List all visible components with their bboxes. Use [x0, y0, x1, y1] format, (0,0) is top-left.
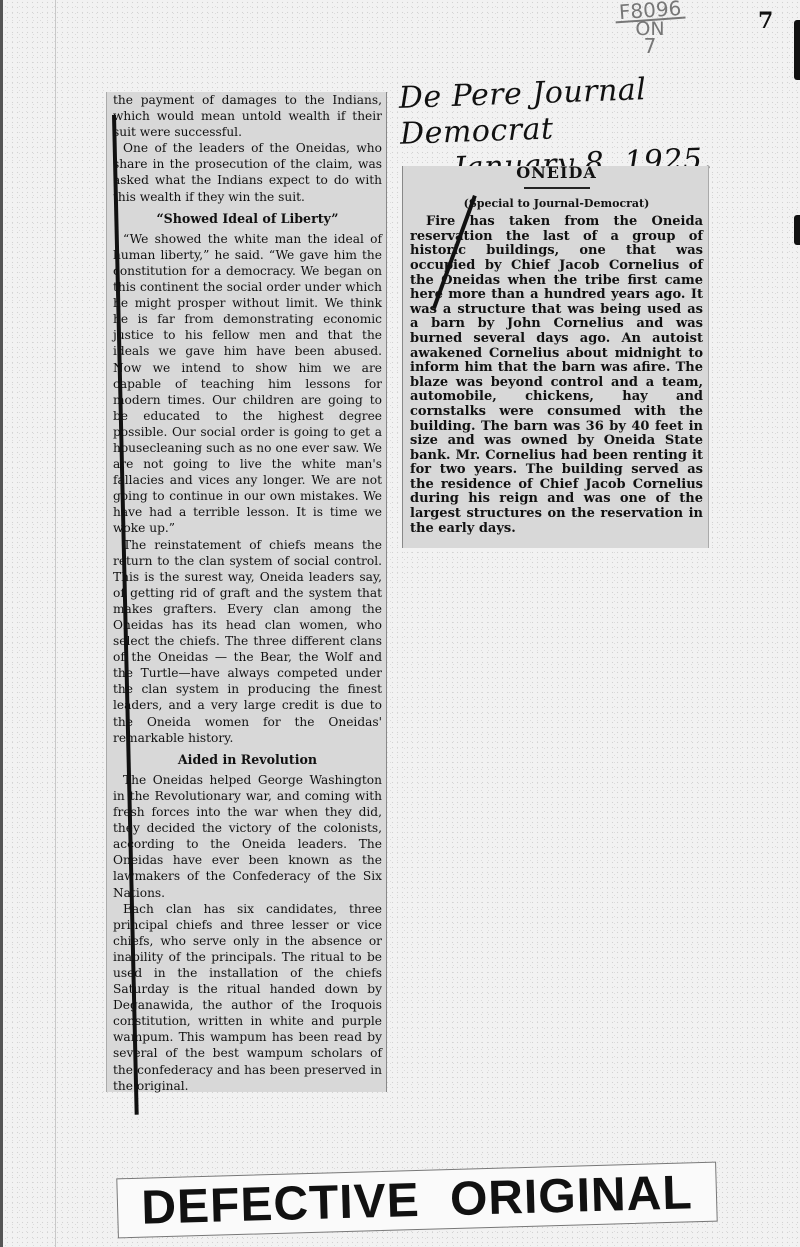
archive-mark-line3: 7	[595, 38, 705, 55]
page-number: 7	[758, 8, 773, 34]
article-paragraph: The reinstatement of chiefs means the re…	[113, 537, 382, 746]
article-paragraph: “We showed the white man the ideal of hu…	[113, 231, 382, 537]
article-headline: ONEIDA	[410, 166, 703, 181]
article-paragraph: the payment of damages to the Indians, w…	[113, 92, 382, 140]
scan-edge-mark	[794, 215, 800, 245]
page-fold-line	[55, 0, 56, 1247]
archive-call-number: F8096 ON 7	[595, 2, 705, 55]
clipping-right-column: ONEIDA (Special to Journal-Democrat) Fir…	[402, 166, 709, 548]
article-subheading: Aided in Revolution	[113, 752, 382, 768]
article-paragraph: The Oneidas helped George Washington in …	[113, 772, 382, 901]
article-body: Fire has taken from the Oneida reservati…	[410, 215, 703, 536]
article-paragraph: One of the leaders of the Oneidas, who s…	[113, 140, 382, 204]
article-subheading: “Showed Ideal of Liberty”	[113, 211, 382, 227]
clipping-left-column: the payment of damages to the Indians, w…	[106, 92, 387, 1092]
scan-edge-mark	[794, 20, 800, 80]
archive-mark-line1: F8096	[614, 0, 686, 23]
scan-edge-left	[0, 0, 3, 1247]
headline-rule	[524, 187, 590, 189]
source-publication: De Pere Journal Democrat	[398, 72, 647, 152]
article-dateline: (Special to Journal-Democrat)	[410, 197, 703, 212]
article-paragraph: Each clan has six candidates, three prin…	[113, 901, 382, 1094]
